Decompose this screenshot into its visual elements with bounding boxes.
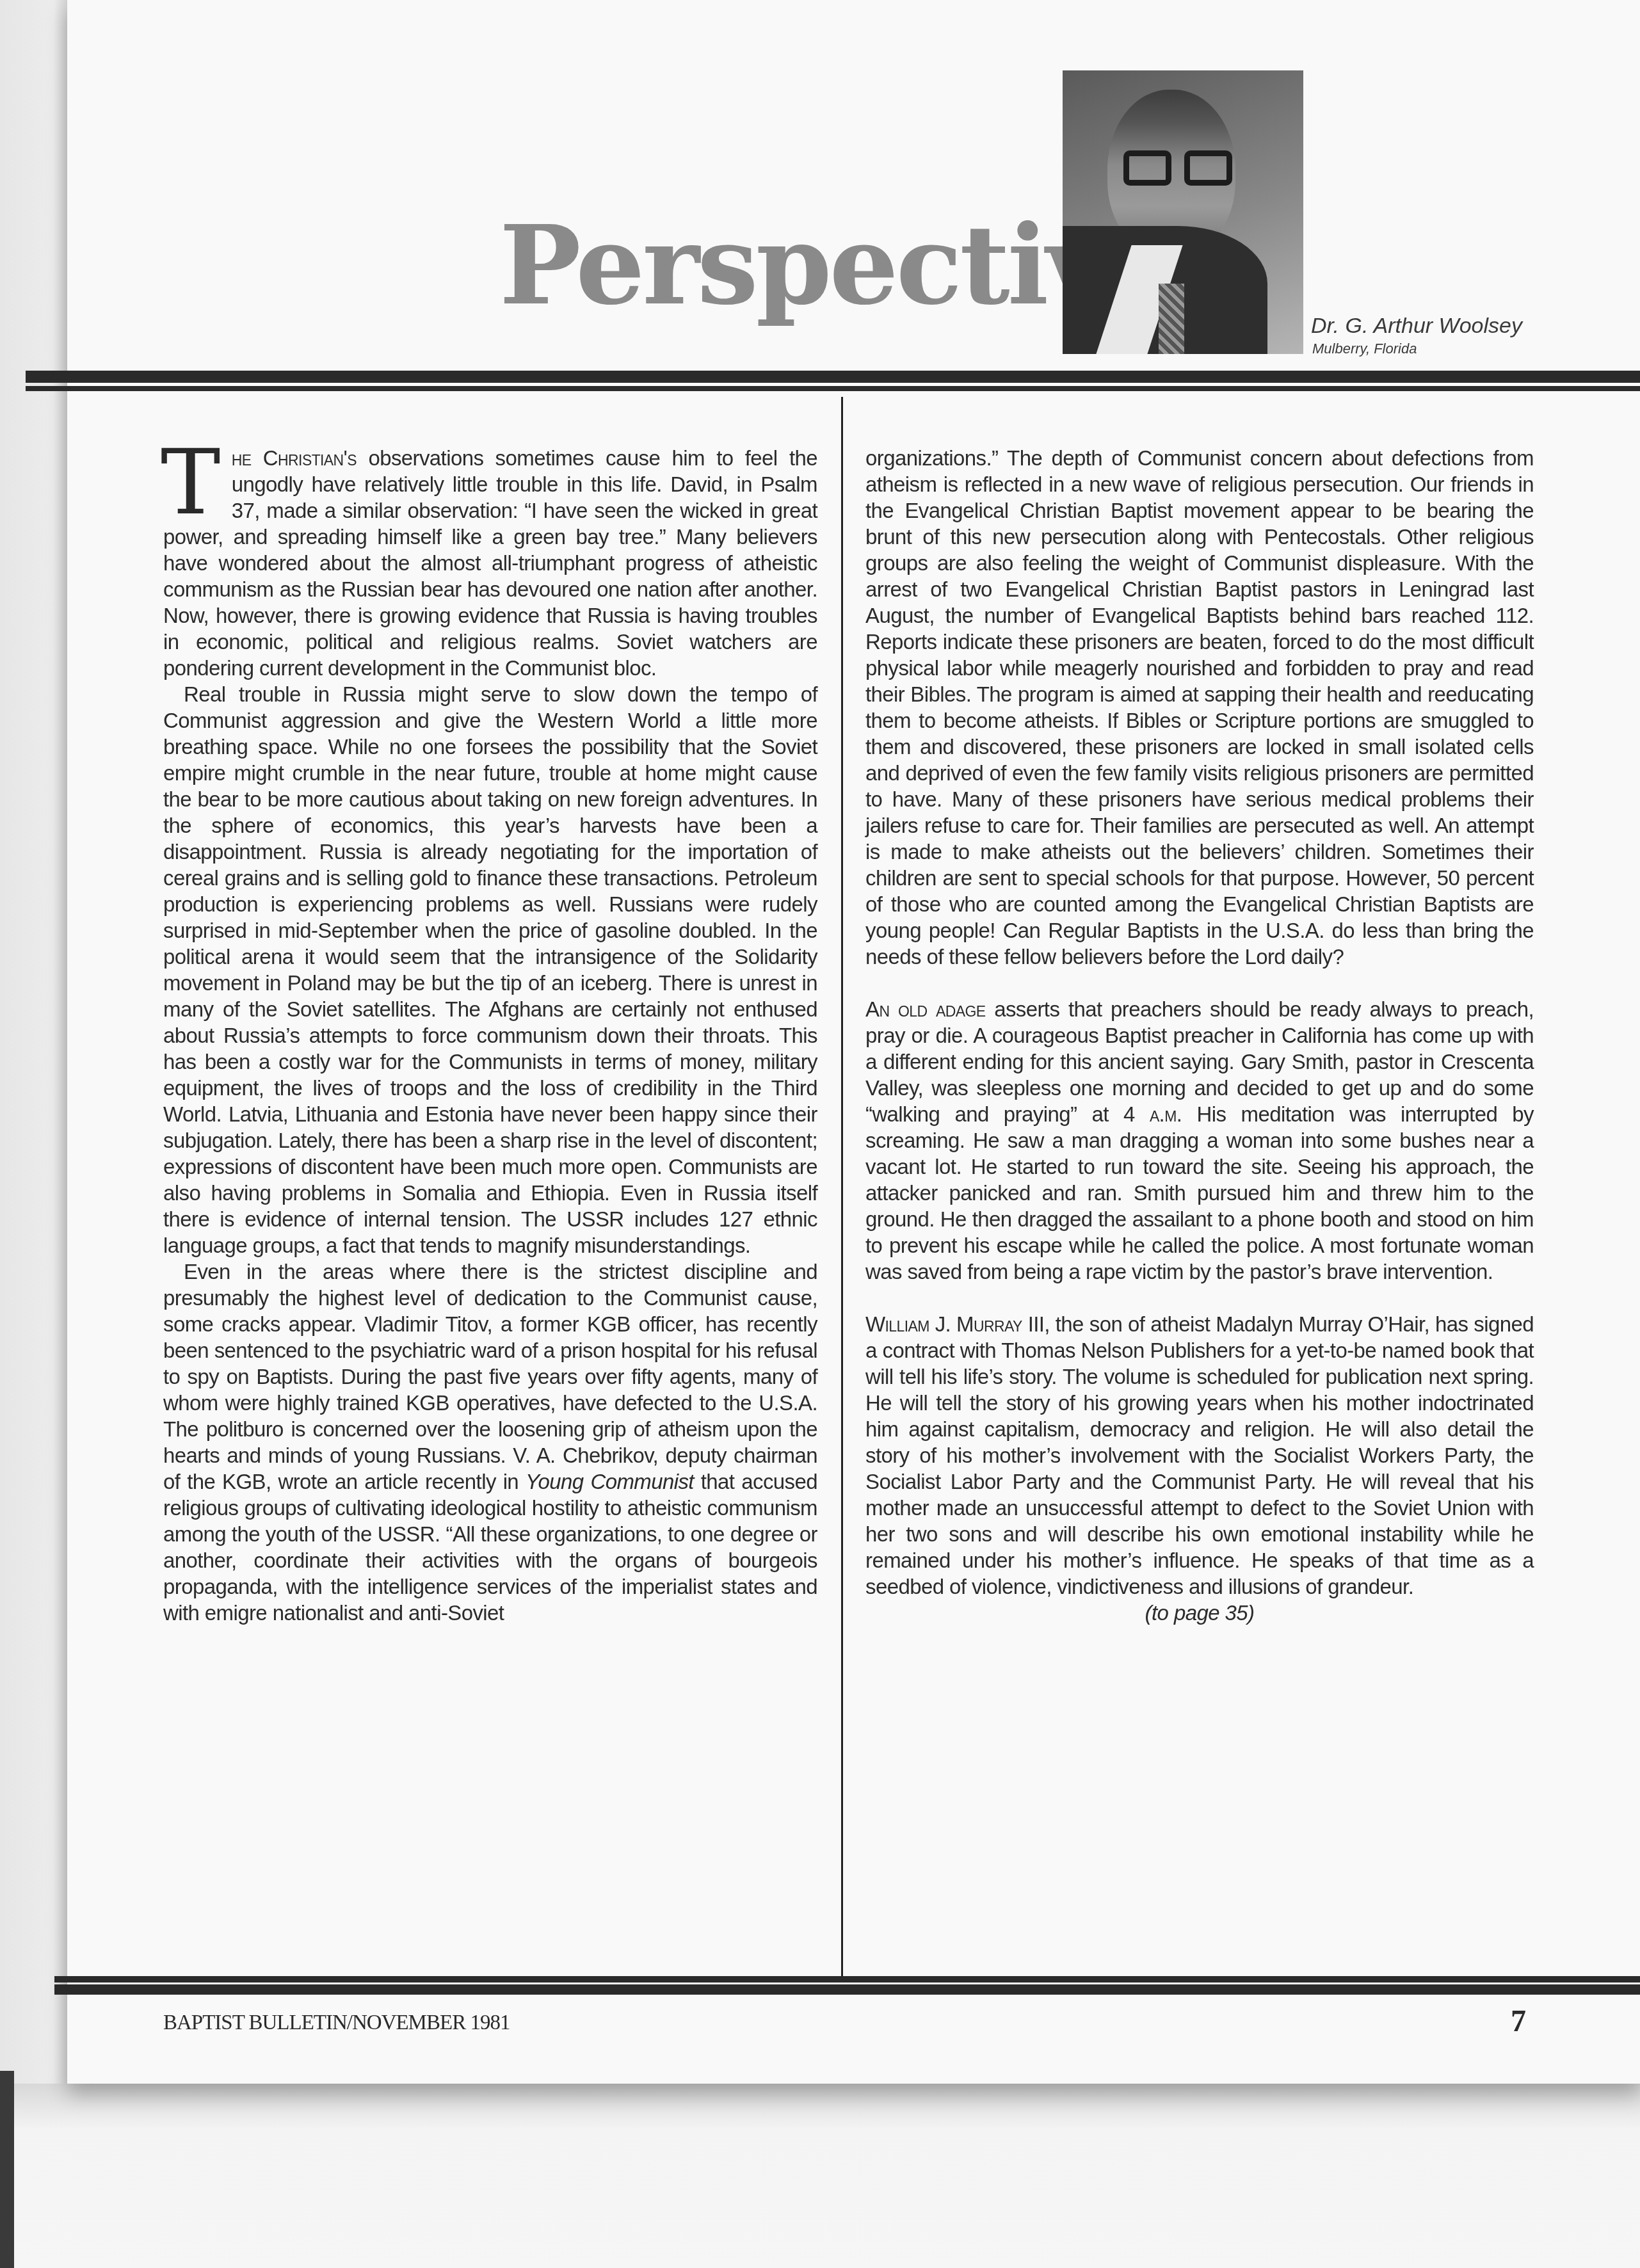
time-abbrev: a.m.	[1150, 1102, 1182, 1126]
drop-cap: T	[161, 447, 220, 519]
paragraph-text: observations sometimes cause him to feel…	[163, 446, 817, 680]
portrait-lens-right	[1184, 150, 1232, 186]
page-number: 7	[1511, 2004, 1526, 2039]
underlying-page	[14, 2084, 1640, 2268]
header-rule-thick	[26, 371, 1640, 383]
paragraph: Real trouble in Russia might serve to sl…	[163, 681, 817, 1259]
paragraph: An old adage asserts that preachers shou…	[865, 996, 1534, 1285]
author-name: Dr. G. Arthur Woolsey	[1311, 314, 1522, 339]
portrait-tie	[1159, 284, 1184, 354]
author-portrait-photo	[1063, 70, 1303, 354]
author-location: Mulberry, Florida	[1312, 341, 1417, 357]
lead-in-smallcaps: he Christian's	[232, 446, 357, 470]
column-divider	[841, 397, 843, 1977]
paragraph: The Christian's observations sometimes c…	[163, 445, 817, 681]
paragraph: organizations.” The depth of Communist c…	[865, 445, 1534, 970]
continued-link[interactable]: (to page 35)	[865, 1600, 1534, 1626]
publication-footer: BAPTIST BULLETIN/NOVEMBER 1981	[163, 2011, 510, 2035]
lead-in-smallcaps: William J. Murray	[865, 1312, 1022, 1336]
lead-in-smallcaps: An old adage	[865, 997, 986, 1021]
portrait-lens-left	[1123, 150, 1171, 186]
paragraph: Even in the areas where there is the str…	[163, 1259, 817, 1626]
paragraph-text: Even in the areas where there is the str…	[163, 1260, 817, 1493]
article-column-right: organizations.” The depth of Communist c…	[865, 445, 1534, 1626]
header-rule-thin	[26, 386, 1640, 391]
paragraph-text: III, the son of atheist Madalyn Murray O…	[865, 1312, 1534, 1598]
paragraph-text: His meditation was interrupted by scream…	[865, 1102, 1534, 1283]
binding-gutter	[0, 0, 67, 2268]
publication-title: Young Communist	[526, 1470, 694, 1493]
paragraph: William J. Murray III, the son of atheis…	[865, 1311, 1534, 1600]
footer-rule-thin	[54, 1976, 1640, 1982]
portrait-glasses	[1123, 150, 1245, 186]
binding-shadow	[0, 2071, 14, 2268]
footer-rule-thick	[54, 1984, 1640, 1995]
article-column-left: The Christian's observations sometimes c…	[163, 445, 817, 1626]
